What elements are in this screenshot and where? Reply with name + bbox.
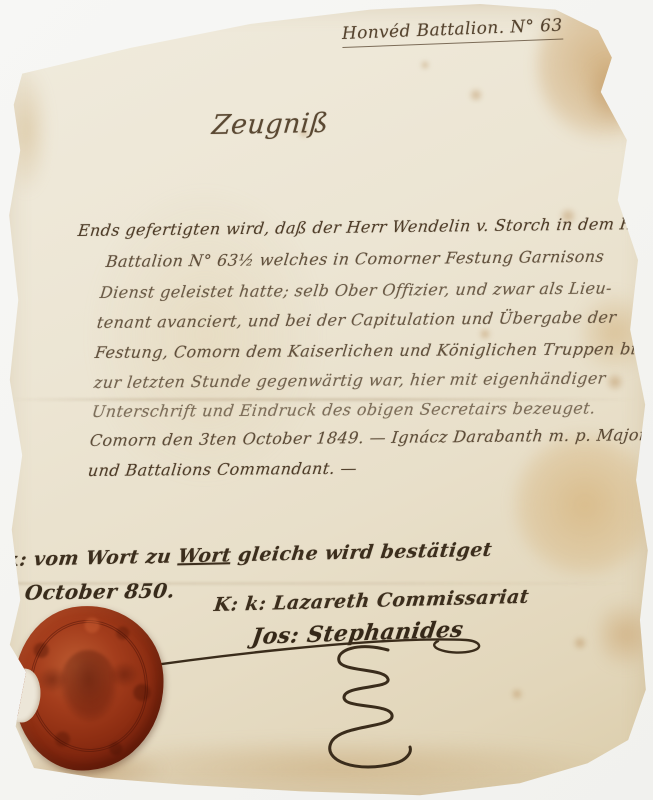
foxing-dot xyxy=(468,88,484,102)
document-title: Zeugniß xyxy=(211,108,330,141)
body-text-line: und Battalions Commandant. — xyxy=(87,459,358,480)
stain-right-upper xyxy=(588,52,646,132)
paper-sheet: Honvéd Battalion. N° 63 Zeugniß Ends gef… xyxy=(0,0,653,800)
stain-right-lower xyxy=(598,592,653,677)
photo-of-document: Honvéd Battalion. N° 63 Zeugniß Ends gef… xyxy=(0,0,653,800)
foxing-dot xyxy=(478,328,492,340)
foxing-dot xyxy=(510,688,524,700)
attestation-prefix: k: vom Wort zu xyxy=(5,545,180,571)
attestation-underlined-word: Wort xyxy=(177,544,232,567)
body-text-line: Unterschrift und Eindruck des obigen Sec… xyxy=(91,398,597,421)
foxing-dot xyxy=(572,636,588,650)
stain-left-top xyxy=(4,65,49,195)
foxing-dot xyxy=(606,372,624,392)
foxing-dot xyxy=(420,60,430,70)
paraph-spiral-flourish xyxy=(292,642,442,777)
body-text-line: Festung, Comorn dem Kaiserlichen und Kön… xyxy=(94,339,646,362)
stain-right-large xyxy=(512,432,653,577)
red-wax-seal xyxy=(8,601,169,775)
stain-right-middle xyxy=(580,285,650,380)
